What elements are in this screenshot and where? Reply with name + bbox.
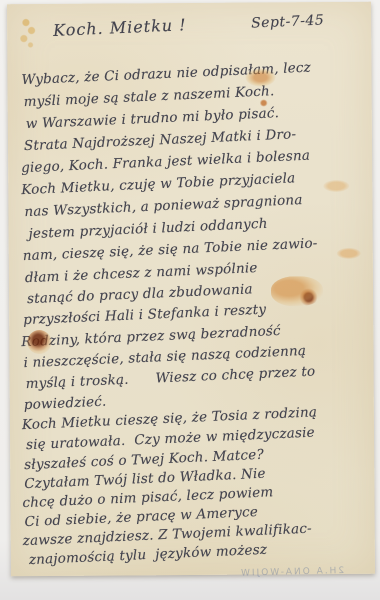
stain-right-smudge-small: [337, 248, 361, 259]
letter-line: powiedzieć.: [23, 394, 106, 414]
stain-right-smudge-faint: [323, 180, 349, 192]
bleed-through-text: 2H.A ONA-WOJIW: [239, 566, 344, 579]
letter-date: Sept-7-45: [251, 12, 325, 31]
letter-salutation: Koch. Mietku !: [53, 15, 187, 40]
letter-page: Koch. Mietku ! Sept-7-45 Wybacz, że Ci o…: [7, 2, 375, 577]
stain-mid-right-large: [271, 276, 323, 306]
stain-top-left-cluster: [17, 16, 39, 48]
